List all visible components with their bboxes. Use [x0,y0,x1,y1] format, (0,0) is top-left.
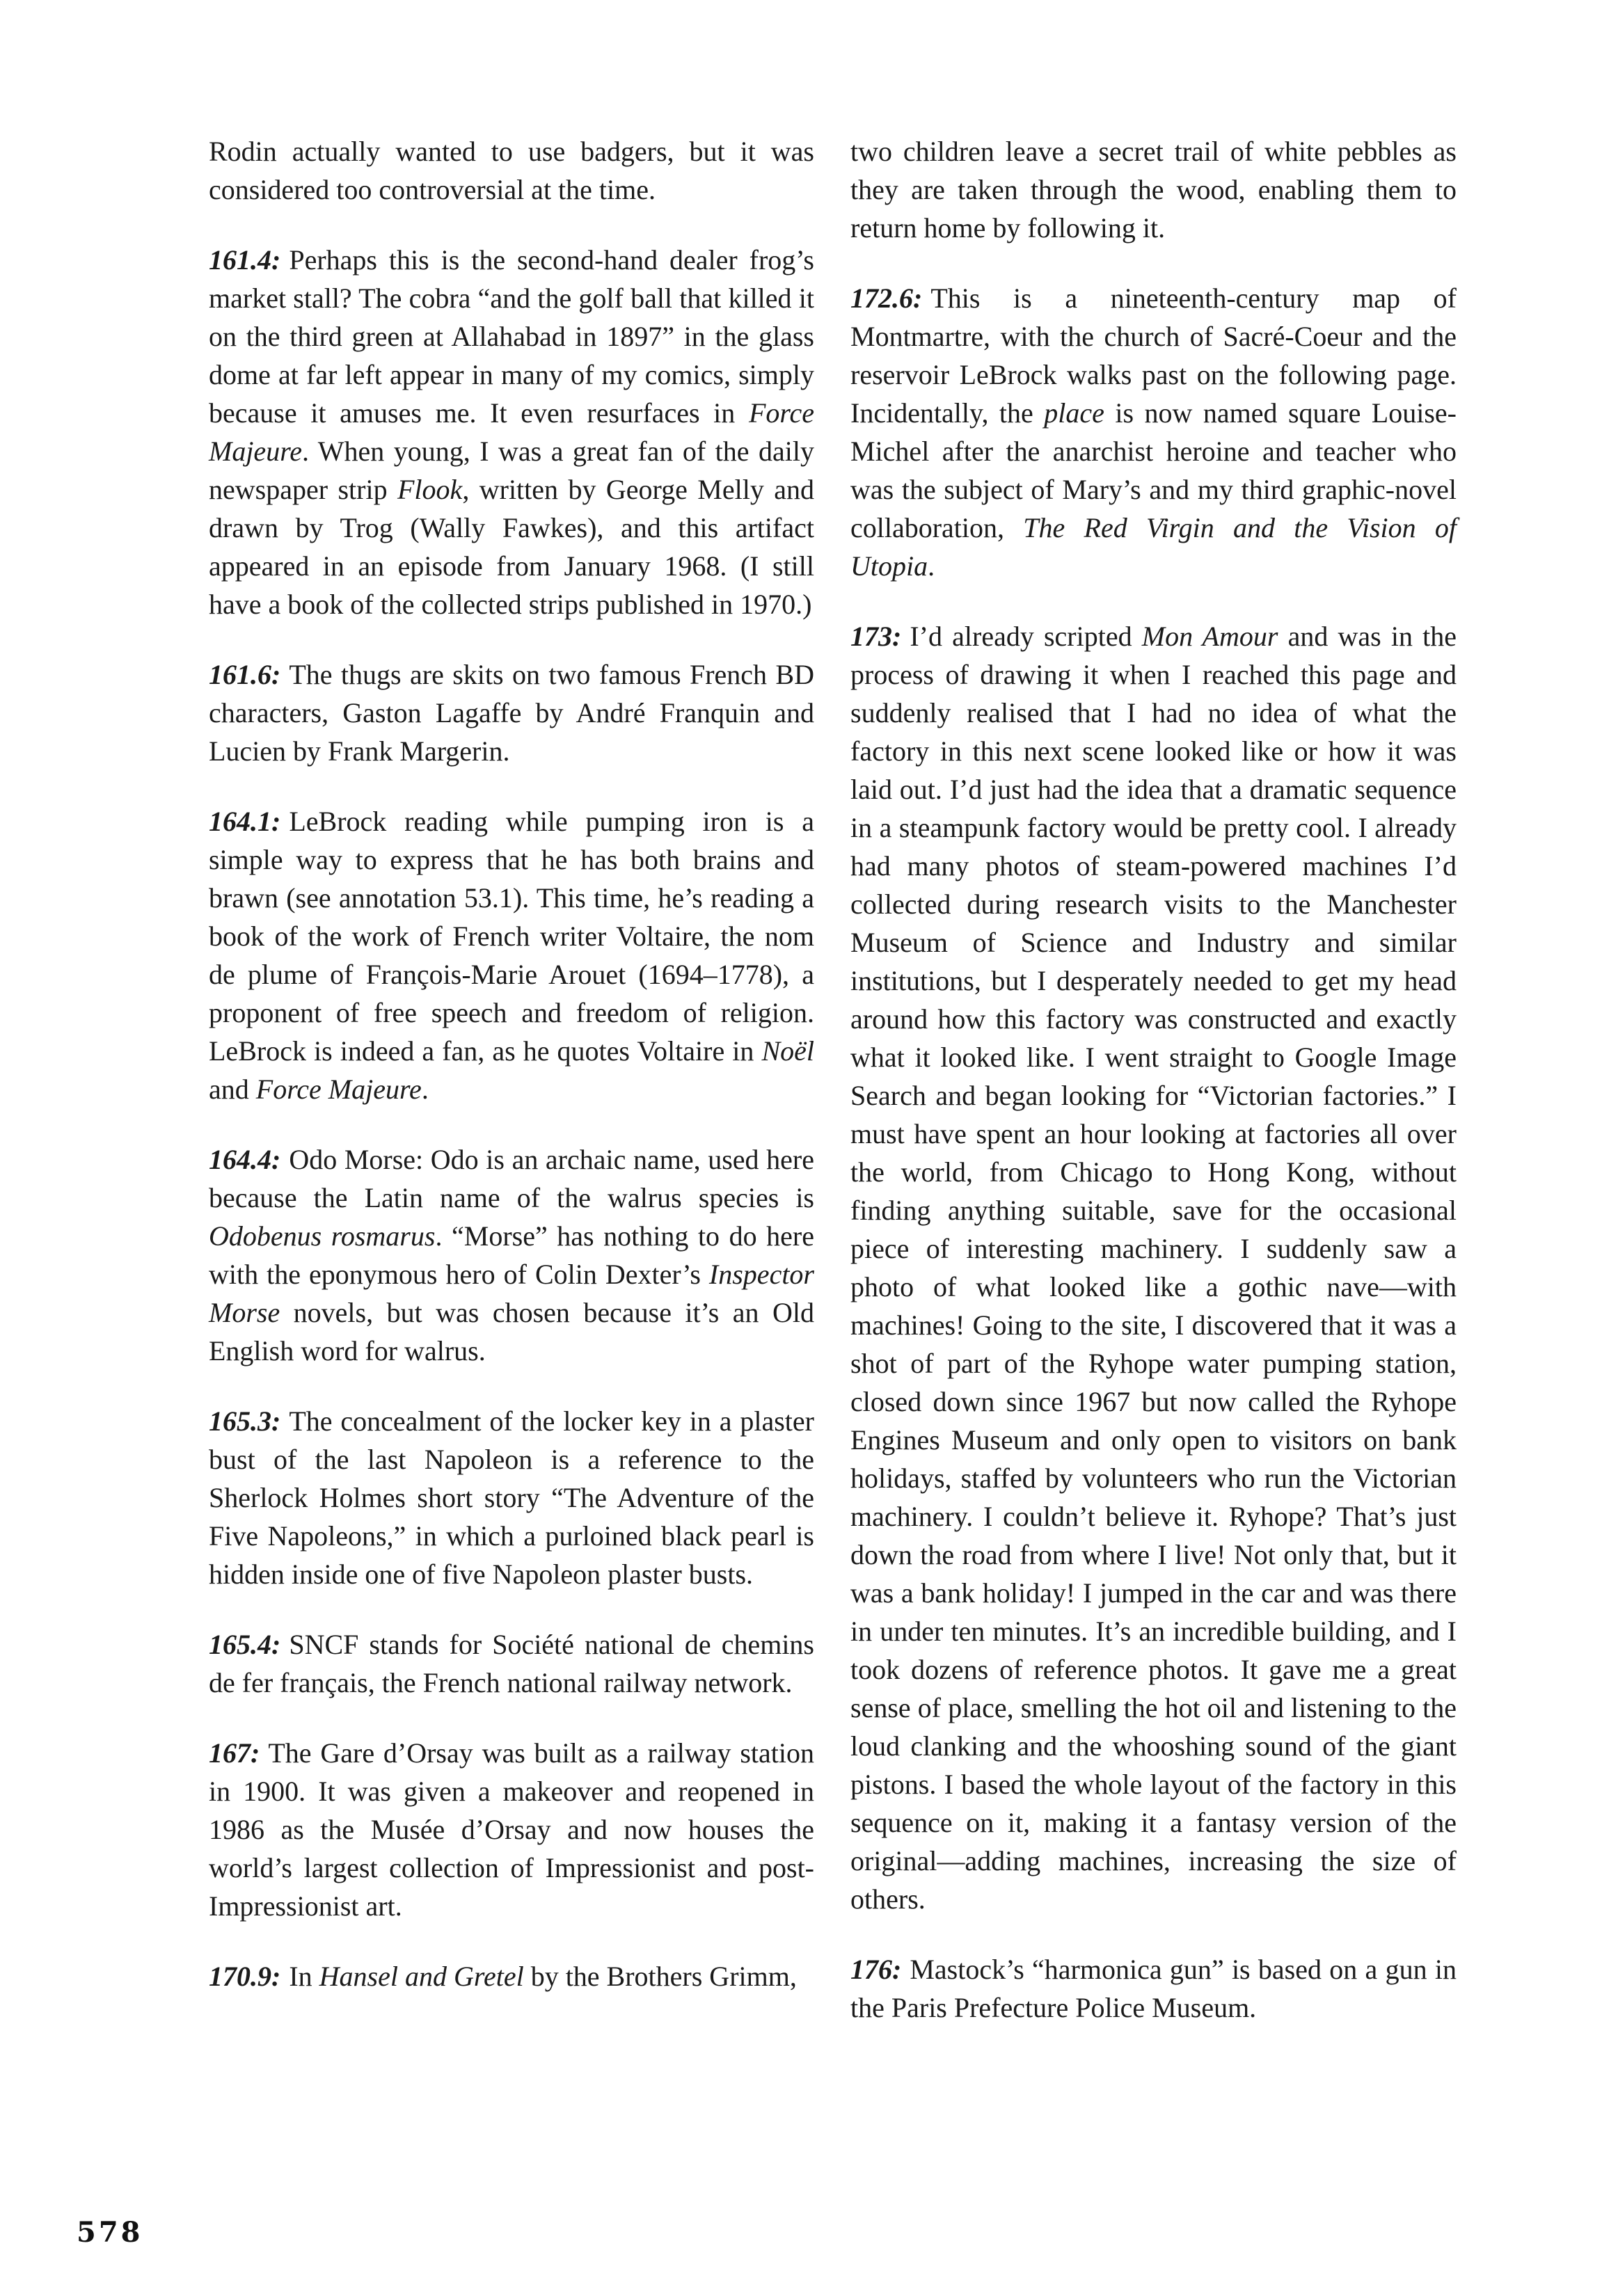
annotation-164-4: 164.4:Odo Morse: Odo is an archaic name,… [209,1140,814,1370]
annotation-number: 172.6: [850,282,930,314]
annotation-number: 173: [850,621,910,652]
annotation-165-3: 165.3:The concealment of the locker key … [209,1402,814,1593]
italic-title: Inspector Morse [209,1259,814,1328]
italic-title: Hansel and Gretel [319,1961,524,1992]
italic-title: Odobenus rosmarus [209,1220,435,1252]
italic-title: Noël [761,1035,814,1067]
right-column: two children leave a secret trail of whi… [850,132,1457,2027]
annotation-number: 165.3: [209,1405,289,1437]
left-column: Rodin actually wanted to use badgers, bu… [209,132,814,1995]
italic-title: The Red Virgin and the Vision of Utopia [850,512,1457,582]
annotation-number: 161.6: [209,659,289,690]
annotation-number: 161.4: [209,244,289,276]
annotation-161-6: 161.6:The thugs are skits on two famous … [209,655,814,770]
book-page: Rodin actually wanted to use badgers, bu… [0,0,1618,2296]
annotation-number: 164.1: [209,806,289,837]
page-number: 578 [77,2216,143,2249]
annotation-167: 167:The Gare d’Orsay was built as a rail… [209,1734,814,1925]
annotation-number: 170.9: [209,1961,289,1992]
annotation-161-4: 161.4:Perhaps this is the second-hand de… [209,241,814,623]
annotation-164-1: 164.1:LeBrock reading while pumping iron… [209,802,814,1108]
italic-title: place [1044,397,1104,429]
italic-title: Mon Amour [1142,621,1278,652]
annotation-176: 176:Mastock’s “harmonica gun” is based o… [850,1950,1457,2027]
annotation-number: 167: [209,1737,268,1769]
continuation-paragraph: Rodin actually wanted to use badgers, bu… [209,132,814,209]
annotation-173: 173:I’d already scripted Mon Amour and w… [850,617,1457,1918]
annotation-172-6: 172.6:This is a nineteenth-century map o… [850,279,1457,585]
italic-title: Flook [397,474,462,505]
italic-title: Force Majeure [256,1074,422,1105]
annotation-number: 164.4: [209,1144,289,1175]
annotation-165-4: 165.4:SNCF stands for Société national d… [209,1625,814,1702]
annotation-170-9: 170.9:In Hansel and Gretel by the Brothe… [209,1957,814,1995]
annotation-number: 176: [850,1954,910,1985]
continuation-paragraph: two children leave a secret trail of whi… [850,132,1457,247]
annotation-number: 165.4: [209,1629,289,1660]
italic-title: Force Majeure [209,397,814,467]
